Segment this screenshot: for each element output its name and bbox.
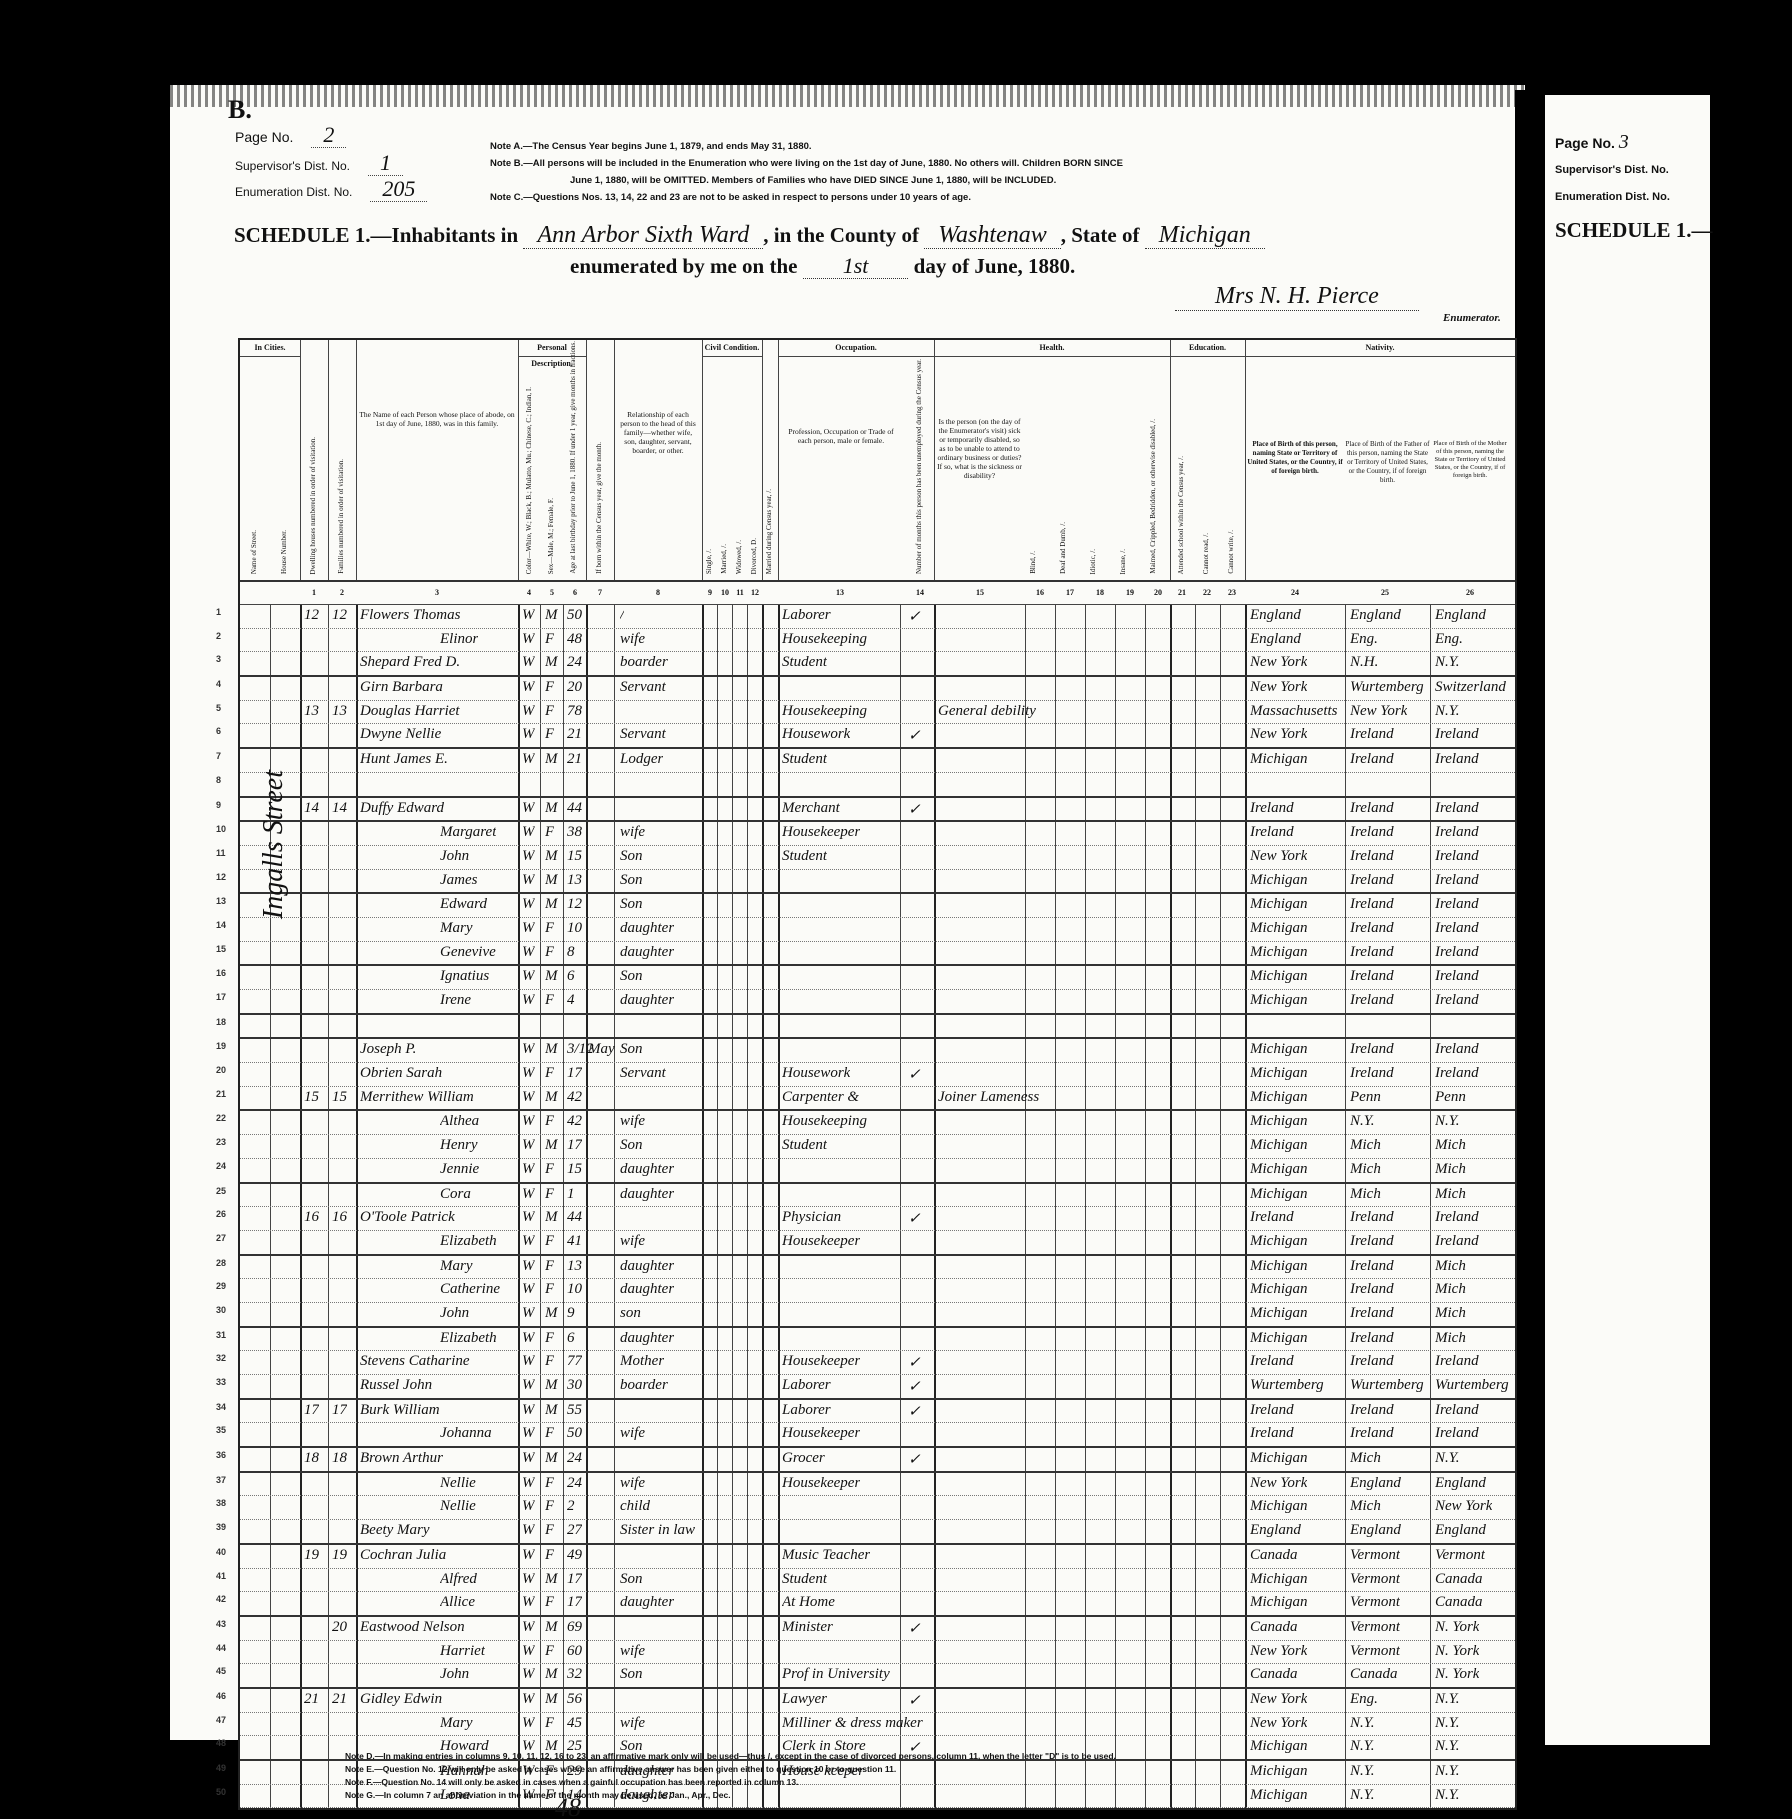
- birthplace: Massachusetts: [1250, 703, 1338, 720]
- family-number: 13: [332, 703, 347, 720]
- mother-birthplace: Ireland: [1435, 824, 1479, 841]
- age: 45: [567, 1715, 582, 1732]
- sex: M: [545, 1041, 558, 1058]
- dwelling-number: 12: [304, 607, 319, 624]
- mother-birthplace: Ireland: [1435, 1425, 1479, 1442]
- father-birthplace: Vermont: [1350, 1547, 1400, 1564]
- person-name: Nellie: [440, 1498, 476, 1515]
- father-birthplace: Ireland: [1350, 1402, 1394, 1419]
- person-name: Cochran Julia: [360, 1547, 446, 1564]
- father-birthplace: Mich: [1350, 1137, 1381, 1154]
- color: W: [522, 992, 535, 1009]
- sex: F: [545, 1475, 554, 1492]
- header-nativity: Nativity. Place of Birth of this person,…: [1245, 340, 1515, 580]
- family-number: 20: [332, 1619, 347, 1636]
- relationship: wife: [620, 1643, 645, 1660]
- birthplace: New York: [1250, 1715, 1307, 1732]
- color: W: [522, 1666, 535, 1683]
- person-name: Eastwood Nelson: [360, 1619, 465, 1636]
- line-number: 33: [216, 1377, 226, 1387]
- sex: M: [545, 1089, 558, 1106]
- father-birthplace: Ireland: [1350, 1425, 1394, 1442]
- table-row: 401919Cochran JuliaWF49Music TeacherCana…: [240, 1545, 1515, 1569]
- person-name: Jennie: [440, 1161, 479, 1178]
- line-number: 21: [216, 1089, 226, 1099]
- birthplace: Michigan: [1250, 1113, 1308, 1130]
- enumeration-day: 1st: [803, 253, 909, 279]
- line-number: 35: [216, 1425, 226, 1435]
- sex: M: [545, 896, 558, 913]
- father-birthplace: Mich: [1350, 1498, 1381, 1515]
- stamped-page-number: 48: [555, 1793, 581, 1819]
- age: 10: [567, 920, 582, 937]
- line-number: 46: [216, 1691, 226, 1701]
- person-name: Gidley Edwin: [360, 1691, 442, 1708]
- sex: M: [545, 1305, 558, 1322]
- mother-birthplace: Ireland: [1435, 968, 1479, 985]
- table-row: 17IreneWF4daughterMichiganIrelandIreland: [240, 990, 1515, 1015]
- relationship: daughter: [620, 944, 674, 961]
- relationship: daughter: [620, 1594, 674, 1611]
- person-name: Burk William: [360, 1402, 440, 1419]
- mother-birthplace: N. York: [1435, 1666, 1479, 1683]
- line-number: 49: [216, 1763, 226, 1773]
- note-c: Note C.—Questions Nos. 13, 14, 22 and 23…: [490, 189, 1530, 206]
- sex: M: [545, 1137, 558, 1154]
- line-number: 44: [216, 1643, 226, 1653]
- table-row: 31ElizabethWF6daughterMichiganIrelandMic…: [240, 1328, 1515, 1352]
- header-notes: Note A.—The Census Year begins June 1, 1…: [490, 138, 1530, 206]
- father-birthplace: N.Y.: [1350, 1113, 1374, 1130]
- line-number: 1: [216, 607, 221, 617]
- color: W: [522, 1353, 535, 1370]
- father-birthplace: Ireland: [1350, 1330, 1394, 1347]
- line-number: 39: [216, 1522, 226, 1532]
- relationship: Lodger: [620, 751, 663, 768]
- mother-birthplace: England: [1435, 607, 1486, 624]
- father-birthplace: Ireland: [1350, 1353, 1394, 1370]
- age: 10: [567, 1281, 582, 1298]
- line-number: 41: [216, 1571, 226, 1581]
- person-name: Flowers Thomas: [360, 607, 460, 624]
- line-number: 18: [216, 1017, 226, 1027]
- age: 17: [567, 1137, 582, 1154]
- age: 32: [567, 1666, 582, 1683]
- father-birthplace: N.H.: [1350, 654, 1378, 671]
- footnotes: Note D.—In making entries in columns 9, …: [345, 1750, 1116, 1802]
- relationship: Mother: [620, 1353, 664, 1370]
- color: W: [522, 1377, 535, 1394]
- line-number: 4: [216, 679, 221, 689]
- mother-birthplace: Ireland: [1435, 800, 1479, 817]
- sickness: Joiner Lameness: [938, 1089, 1039, 1106]
- birthplace: Michigan: [1250, 1233, 1308, 1250]
- mother-birthplace: Switzerland: [1435, 679, 1506, 696]
- birthplace: Michigan: [1250, 944, 1308, 961]
- sex: F: [545, 824, 554, 841]
- color: W: [522, 726, 535, 743]
- occupation: Grocer: [782, 1450, 825, 1467]
- relationship: Servant: [620, 726, 666, 743]
- color: W: [522, 1041, 535, 1058]
- relationship: Son: [620, 872, 643, 889]
- sex: F: [545, 679, 554, 696]
- birth-month: May: [588, 1041, 615, 1058]
- age: 21: [567, 726, 582, 743]
- sex: F: [545, 1715, 554, 1732]
- color: W: [522, 1498, 535, 1515]
- occupation: Physician: [782, 1209, 841, 1226]
- supervisor-dist: Supervisor's Dist. No.1: [235, 150, 403, 176]
- sex: F: [545, 1547, 554, 1564]
- color: W: [522, 800, 535, 817]
- enumerator-label: Enumerator.: [1443, 312, 1501, 324]
- line-number: 26: [216, 1209, 226, 1219]
- birthplace: Ireland: [1250, 1209, 1294, 1226]
- header-name: The Name of each Person whose place of a…: [356, 340, 519, 580]
- sex: F: [545, 1233, 554, 1250]
- age: 9: [567, 1305, 575, 1322]
- relationship: wife: [620, 1425, 645, 1442]
- header-dwelling: Dwelling houses numbered in order of vis…: [300, 340, 329, 580]
- color: W: [522, 1233, 535, 1250]
- age: 17: [567, 1594, 582, 1611]
- father-birthplace: N.Y.: [1350, 1763, 1374, 1780]
- header-education: Education.Attended school within the Cen…: [1170, 340, 1246, 580]
- sex: F: [545, 1258, 554, 1275]
- enumerator-signature: Mrs N. H. Pierce: [1175, 283, 1419, 311]
- table-row: 11212Flowers ThomasWM50/Laborer✓EnglandE…: [240, 605, 1515, 629]
- mother-birthplace: Penn: [1435, 1089, 1466, 1106]
- birthplace: Ireland: [1250, 1402, 1294, 1419]
- table-row: 35JohannaWF50wifeHousekeeperIrelandIrela…: [240, 1423, 1515, 1448]
- sex: M: [545, 848, 558, 865]
- table-row: 4Girn BarbaraWF20ServantNew YorkWurtembe…: [240, 677, 1515, 701]
- line-number: 36: [216, 1450, 226, 1460]
- person-name: Brown Arthur: [360, 1450, 443, 1467]
- mother-birthplace: England: [1435, 1522, 1486, 1539]
- birthplace: Michigan: [1250, 1305, 1308, 1322]
- occupation: Housekeeping: [782, 1113, 867, 1130]
- occupation: Merchant: [782, 800, 840, 817]
- table-row: 27ElizabethWF41wifeHousekeeperMichiganIr…: [240, 1231, 1515, 1256]
- person-name: Shepard Fred D.: [360, 654, 460, 671]
- relationship: Servant: [620, 679, 666, 696]
- mother-birthplace: Ireland: [1435, 1065, 1479, 1082]
- relationship: daughter: [620, 1186, 674, 1203]
- line-number: 32: [216, 1353, 226, 1363]
- sex: M: [545, 1571, 558, 1588]
- father-birthplace: Ireland: [1350, 1281, 1394, 1298]
- months-unemployed: ✓: [908, 1353, 921, 1372]
- months-unemployed: ✓: [908, 607, 921, 626]
- relationship: wife: [620, 631, 645, 648]
- table-row: 8: [240, 773, 1515, 798]
- table-row: 51313Douglas HarrietWF78HousekeepingGene…: [240, 701, 1515, 725]
- line-number: 30: [216, 1305, 226, 1315]
- header-family: Families numbered in order of visitation…: [328, 340, 357, 580]
- color: W: [522, 872, 535, 889]
- color: W: [522, 1186, 535, 1203]
- age: 21: [567, 751, 582, 768]
- birthplace: New York: [1250, 654, 1307, 671]
- sex: M: [545, 872, 558, 889]
- birthplace: Michigan: [1250, 751, 1308, 768]
- birthplace: Michigan: [1250, 1498, 1308, 1515]
- birthplace: New York: [1250, 848, 1307, 865]
- color: W: [522, 1089, 535, 1106]
- color: W: [522, 1305, 535, 1322]
- sex: M: [545, 968, 558, 985]
- birthplace: Michigan: [1250, 872, 1308, 889]
- line-number: 20: [216, 1065, 226, 1075]
- birthplace: Michigan: [1250, 1041, 1308, 1058]
- table-row: 32Stevens CatharineWF77MotherHousekeeper…: [240, 1351, 1515, 1375]
- father-birthplace: Ireland: [1350, 1258, 1394, 1275]
- note-b: Note B.—All persons will be included in …: [490, 155, 1530, 172]
- relationship: wife: [620, 1715, 645, 1732]
- mother-birthplace: Ireland: [1435, 1209, 1479, 1226]
- table-row: 14MaryWF10daughterMichiganIrelandIreland: [240, 918, 1515, 942]
- table-row: 6Dwyne NellieWF21ServantHousework✓New Yo…: [240, 724, 1515, 749]
- person-name: James: [440, 872, 478, 889]
- dwelling-number: 13: [304, 703, 319, 720]
- color: W: [522, 679, 535, 696]
- relationship: Son: [620, 1666, 643, 1683]
- father-birthplace: Ireland: [1350, 848, 1394, 865]
- color: W: [522, 1643, 535, 1660]
- birthplace: Canada: [1250, 1547, 1298, 1564]
- birthplace: England: [1250, 1522, 1301, 1539]
- color: W: [522, 1594, 535, 1611]
- color: W: [522, 1209, 535, 1226]
- person-name: Girn Barbara: [360, 679, 443, 696]
- note-a: Note A.—The Census Year begins June 1, 1…: [490, 138, 1530, 155]
- line-number: 14: [216, 920, 226, 930]
- birthplace: Michigan: [1250, 1137, 1308, 1154]
- mother-birthplace: Ireland: [1435, 872, 1479, 889]
- occupation: Milliner & dress maker: [782, 1715, 923, 1732]
- relationship: wife: [620, 1113, 645, 1130]
- mother-birthplace: Mich: [1435, 1137, 1466, 1154]
- months-unemployed: ✓: [908, 1209, 921, 1228]
- family-number: 14: [332, 800, 347, 817]
- age: 24: [567, 1475, 582, 1492]
- father-birthplace: Ireland: [1350, 1065, 1394, 1082]
- birthplace: Michigan: [1250, 1450, 1308, 1467]
- months-unemployed: ✓: [908, 1377, 921, 1396]
- age: 15: [567, 1161, 582, 1178]
- age: 12: [567, 896, 582, 913]
- age: 17: [567, 1571, 582, 1588]
- line-number: 28: [216, 1258, 226, 1268]
- mother-birthplace: Ireland: [1435, 1233, 1479, 1250]
- age: 44: [567, 800, 582, 817]
- birthplace: Ireland: [1250, 1425, 1294, 1442]
- occupation: Housekeeper: [782, 1425, 860, 1442]
- family-number: 12: [332, 607, 347, 624]
- birthplace: Ireland: [1250, 824, 1294, 841]
- occupation: Student: [782, 751, 827, 768]
- table-row: 24JennieWF15daughterMichiganMichMich: [240, 1159, 1515, 1184]
- father-birthplace: Canada: [1350, 1666, 1398, 1683]
- occupation: Music Teacher: [782, 1547, 870, 1564]
- mother-birthplace: Ireland: [1435, 726, 1479, 743]
- sex: M: [545, 1666, 558, 1683]
- table-row: 12JamesWM13SonMichiganIrelandIreland: [240, 870, 1515, 895]
- sex: F: [545, 1498, 554, 1515]
- sex: F: [545, 1113, 554, 1130]
- mother-birthplace: Ireland: [1435, 751, 1479, 768]
- age: 56: [567, 1691, 582, 1708]
- sex: M: [545, 1377, 558, 1394]
- color: W: [522, 1691, 535, 1708]
- header-relationship: Relationship of each person to the head …: [614, 340, 703, 580]
- mother-birthplace: N.Y.: [1435, 1738, 1459, 1755]
- family-number: 16: [332, 1209, 347, 1226]
- line-number: 23: [216, 1137, 226, 1147]
- family-number: 18: [332, 1450, 347, 1467]
- mother-birthplace: Ireland: [1435, 1041, 1479, 1058]
- table-row: 37NellieWF24wifeHousekeeperNew YorkEngla…: [240, 1473, 1515, 1497]
- color: W: [522, 920, 535, 937]
- table-row: 18: [240, 1015, 1515, 1040]
- relationship: son: [620, 1305, 641, 1322]
- family-number: 15: [332, 1089, 347, 1106]
- birthplace: Ireland: [1250, 800, 1294, 817]
- line-number: 13: [216, 896, 226, 906]
- sex: F: [545, 703, 554, 720]
- dwelling-number: 21: [304, 1691, 319, 1708]
- person-name: Harriet: [440, 1643, 485, 1660]
- relationship: child: [620, 1498, 650, 1515]
- color: W: [522, 848, 535, 865]
- table-row: 341717Burk WilliamWM55Laborer✓IrelandIre…: [240, 1400, 1515, 1424]
- line-number: 10: [216, 824, 226, 834]
- table-row: 16IgnatiusWM6SonMichiganIrelandIreland: [240, 966, 1515, 990]
- color: W: [522, 1330, 535, 1347]
- months-unemployed: ✓: [908, 800, 921, 819]
- sex: F: [545, 1353, 554, 1370]
- age: 2: [567, 1498, 575, 1515]
- line-number: 31: [216, 1330, 226, 1340]
- relationship: wife: [620, 1475, 645, 1492]
- header-personal: Personal Description.Color—White, W.; Bl…: [518, 340, 587, 580]
- person-name: Genevive: [440, 944, 496, 961]
- table-row: 25CoraWF1daughterMichiganMichMich: [240, 1184, 1515, 1208]
- birthplace: Michigan: [1250, 1594, 1308, 1611]
- table-row: 38NellieWF2childMichiganMichNew York: [240, 1496, 1515, 1520]
- person-name: Edward: [440, 896, 487, 913]
- color: W: [522, 1475, 535, 1492]
- months-unemployed: ✓: [908, 1619, 921, 1638]
- table-body: 11212Flowers ThomasWM50/Laborer✓EnglandE…: [240, 605, 1515, 1808]
- person-name: Elizabeth: [440, 1233, 497, 1250]
- adjacent-page: [1545, 95, 1710, 1745]
- birthplace: Canada: [1250, 1666, 1298, 1683]
- age: 13: [567, 872, 582, 889]
- age: 49: [567, 1547, 582, 1564]
- occupation: Student: [782, 1571, 827, 1588]
- relationship: daughter: [620, 1281, 674, 1298]
- color: W: [522, 1619, 535, 1636]
- sex: M: [545, 1402, 558, 1419]
- father-birthplace: Penn: [1350, 1089, 1381, 1106]
- sex: M: [545, 1450, 558, 1467]
- mother-birthplace: Ireland: [1435, 992, 1479, 1009]
- mother-birthplace: Ireland: [1435, 1402, 1479, 1419]
- table-row: 41AlfredWM17SonStudentMichiganVermontCan…: [240, 1569, 1515, 1593]
- father-birthplace: Ireland: [1350, 751, 1394, 768]
- dwelling-number: 17: [304, 1402, 319, 1419]
- father-birthplace: Vermont: [1350, 1594, 1400, 1611]
- color: W: [522, 1065, 535, 1082]
- birthplace: Michigan: [1250, 920, 1308, 937]
- father-birthplace: Eng.: [1350, 631, 1378, 648]
- age: 15: [567, 848, 582, 865]
- months-unemployed: ✓: [908, 1450, 921, 1469]
- person-name: Johanna: [440, 1425, 492, 1442]
- color: W: [522, 703, 535, 720]
- header-civil: Civil Condition.Single, /.Married, /.Wid…: [702, 340, 763, 580]
- relationship: Son: [620, 1137, 643, 1154]
- relationship: daughter: [620, 1330, 674, 1347]
- father-birthplace: Ireland: [1350, 872, 1394, 889]
- line-number: 7: [216, 751, 221, 761]
- birthplace: New York: [1250, 1475, 1307, 1492]
- relationship: daughter: [620, 1258, 674, 1275]
- occupation: Carpenter &: [782, 1089, 859, 1106]
- note-f: Note F.—Question No. 14 will only be ask…: [345, 1776, 1116, 1789]
- family-number: 19: [332, 1547, 347, 1564]
- color: W: [522, 1547, 535, 1564]
- occupation: At Home: [782, 1594, 835, 1611]
- census-table: In Cities.Name of Street.House Number. D…: [238, 338, 1517, 1810]
- birthplace: England: [1250, 631, 1301, 648]
- mother-birthplace: Ireland: [1435, 920, 1479, 937]
- table-row: 2ElinorWF48wifeHousekeepingEnglandEng.En…: [240, 629, 1515, 653]
- occupation: Housekeeping: [782, 703, 867, 720]
- person-name: Mary: [440, 1715, 473, 1732]
- person-name: Nellie: [440, 1475, 476, 1492]
- birthplace: Michigan: [1250, 1281, 1308, 1298]
- mother-birthplace: England: [1435, 1475, 1486, 1492]
- birthplace: Michigan: [1250, 1763, 1308, 1780]
- sex: F: [545, 1643, 554, 1660]
- age: 41: [567, 1233, 582, 1250]
- line-number: 12: [216, 872, 226, 882]
- occupation: Housekeeper: [782, 1475, 860, 1492]
- family-number: 17: [332, 1402, 347, 1419]
- relationship: Son: [620, 1571, 643, 1588]
- mother-birthplace: Mich: [1435, 1330, 1466, 1347]
- birthplace: Michigan: [1250, 1161, 1308, 1178]
- father-birthplace: Vermont: [1350, 1619, 1400, 1636]
- street-name-annotation: Ingalls Street: [258, 770, 290, 919]
- occupation: Housework: [782, 1065, 850, 1082]
- birthplace: New York: [1250, 679, 1307, 696]
- table-row: 361818Brown ArthurWM24Grocer✓MichiganMic…: [240, 1448, 1515, 1473]
- mother-birthplace: Vermont: [1435, 1547, 1485, 1564]
- mother-birthplace: Mich: [1435, 1186, 1466, 1203]
- sex: F: [545, 1594, 554, 1611]
- birthplace: New York: [1250, 1691, 1307, 1708]
- note-b-cont: June 1, 1880, will be OMITTED. Members o…: [490, 172, 1530, 189]
- table-row: 13EdwardWM12SonMichiganIrelandIreland: [240, 894, 1515, 918]
- table-row: 462121Gidley EdwinWM56Lawyer✓New YorkEng…: [240, 1689, 1515, 1713]
- mother-birthplace: Wurtemberg: [1435, 1377, 1509, 1394]
- age: 78: [567, 703, 582, 720]
